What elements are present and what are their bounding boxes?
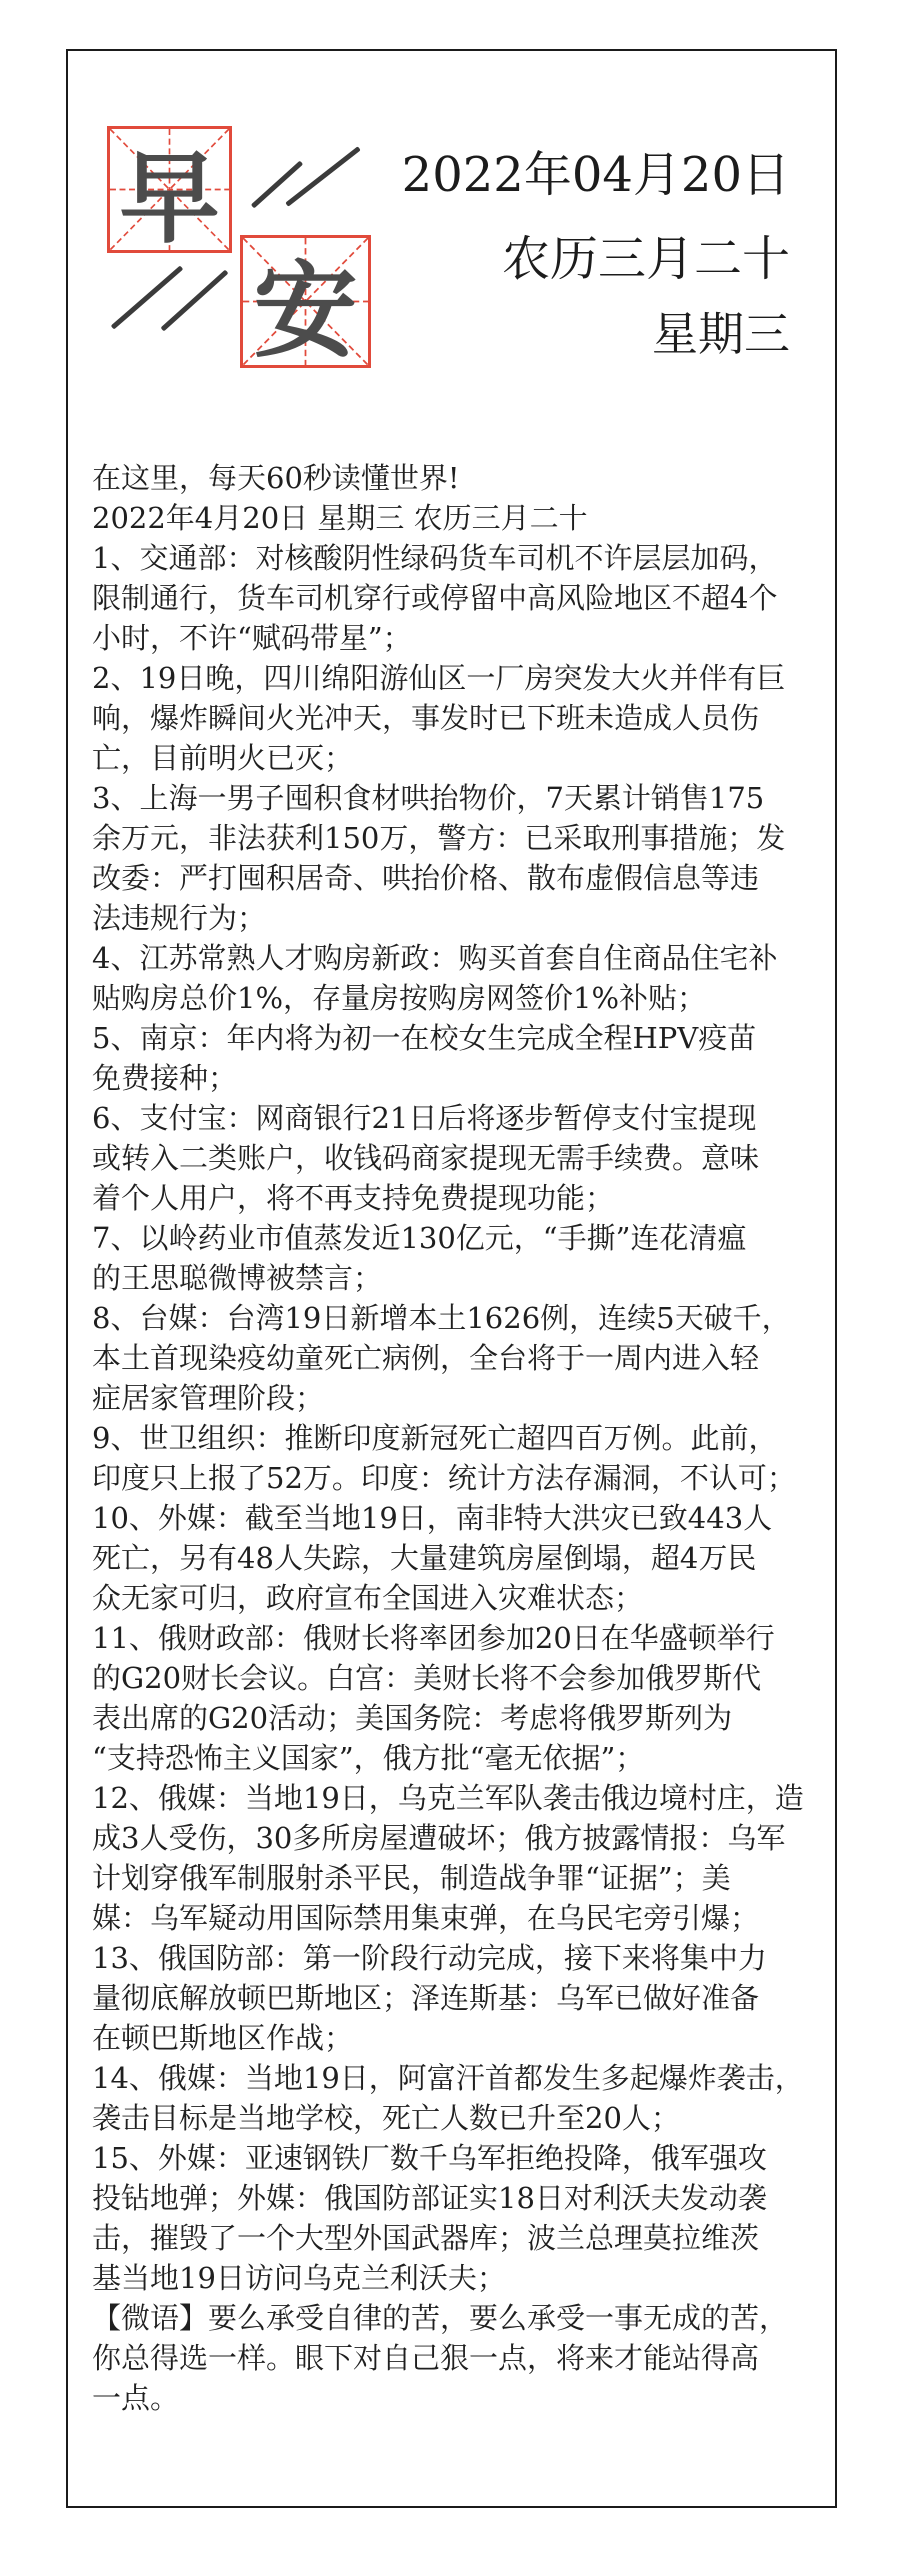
weiyu-line: 你总得选一样。眼下对自己狠一点，将来才能站得高 [92,2338,834,2378]
morning-news-card: 早 安 2022年04月20日 农历三月二十 星期三 在这里，每天60秒读懂世界… [0,0,900,2560]
news-line: 症居家管理阶段； [92,1378,834,1418]
news-line: 基当地19日访问乌克兰利沃夫； [92,2258,834,2298]
news-line: 媒：乌军疑动用国际禁用集束弹，在乌民宅旁引爆； [92,1898,834,1938]
news-line: 或转入二类账户，收钱码商家提现无需手续费。意味 [92,1138,834,1178]
date-line: 2022年4月20日 星期三 农历三月二十 [92,498,834,538]
news-line: “支持恐怖主义国家”，俄方批“毫无依据”； [92,1738,834,1778]
news-line: 众无家可归，政府宣布全国进入灾难状态； [92,1578,834,1618]
news-line: 成3人受伤，30多所房屋遭破坏；俄方披露情报：乌军 [92,1818,834,1858]
news-line: 15、外媒：亚速钢铁厂数千乌军拒绝投降，俄军强攻 [92,2138,834,2178]
news-line: 5、南京：年内将为初一在校女生完成全程HPV疫苗 [92,1018,834,1058]
weekday-text: 星期三 [652,298,790,364]
news-line: 的G20财长会议。白宫：美财长将不会参加俄罗斯代 [92,1658,834,1698]
news-body: 在这里，每天60秒读懂世界! 2022年4月20日 星期三 农历三月二十 1、交… [92,458,834,2418]
news-line: 死亡，另有48人失踪，大量建筑房屋倒塌，超4万民 [92,1538,834,1578]
news-line: 9、世卫组织：推断印度新冠死亡超四百万例。此前， [92,1418,834,1458]
news-line: 4、江苏常熟人才购房新政：购买首套自住商品住宅补 [92,938,834,978]
news-line: 8、台媒：台湾19日新增本土1626例，连续5天破千， [92,1298,834,1338]
news-line: 的王思聪微博被禁言； [92,1258,834,1298]
logo-char-zao: 早 [110,129,229,250]
intro-line: 在这里，每天60秒读懂世界! [92,458,834,498]
news-line: 印度只上报了52万。印度：统计方法存漏洞，不认可； [92,1458,834,1498]
news-line: 亡，目前明火已灭； [92,738,834,778]
news-line: 法违规行为； [92,898,834,938]
logo-grid-box-zao: 早 [107,126,232,253]
news-line: 11、俄财政部：俄财长将率团参加20日在华盛顿举行 [92,1618,834,1658]
news-line: 12、俄媒：当地19日，乌克兰军队袭击俄边境村庄，造 [92,1778,834,1818]
news-line: 本土首现染疫幼童死亡病例，全台将于一周内进入轻 [92,1338,834,1378]
news-line: 改委：严打囤积居奇、哄抬价格、散布虚假信息等违 [92,858,834,898]
news-line: 免费接种； [92,1058,834,1098]
logo-char-an: 安 [243,238,368,365]
news-line: 着个人用户，将不再支持免费提现功能； [92,1178,834,1218]
news-line: 贴购房总价1%，存量房按购房网签价1%补贴； [92,978,834,1018]
news-line: 限制通行，货车司机穿行或停留中高风险地区不超4个 [92,578,834,618]
weiyu-line: 【微语】要么承受自律的苦，要么承受一事无成的苦， [92,2298,834,2338]
logo-grid-box-an: 安 [240,235,371,368]
news-line: 表出席的G20活动；美国务院：考虑将俄罗斯列为 [92,1698,834,1738]
news-line: 1、交通部：对核酸阴性绿码货车司机不许层层加码， [92,538,834,578]
news-line: 7、以岭药业市值蒸发近130亿元，“手撕”连花清瘟 [92,1218,834,1258]
news-line: 10、外媒：截至当地19日，南非特大洪灾已致443人 [92,1498,834,1538]
lunar-date-text: 农历三月二十 [502,220,790,289]
news-line: 小时，不许“赋码带星”； [92,618,834,658]
news-line: 投钻地弹；外媒：俄国防部证实18日对利沃夫发动袭 [92,2178,834,2218]
news-line: 余万元，非法获利150万，警方：已采取刑事措施；发 [92,818,834,858]
news-line: 14、俄媒：当地19日，阿富汗首都发生多起爆炸袭击， [92,2058,834,2098]
news-line: 响，爆炸瞬间火光冲天，事发时已下班未造成人员伤 [92,698,834,738]
news-line: 在顿巴斯地区作战； [92,2018,834,2058]
news-line: 计划穿俄军制服射杀平民，制造战争罪“证据”；美 [92,1858,834,1898]
news-line: 13、俄国防部：第一阶段行动完成，接下来将集中力 [92,1938,834,1978]
news-line: 击，摧毁了一个大型外国武器库；波兰总理莫拉维茨 [92,2218,834,2258]
news-line: 6、支付宝：网商银行21日后将逐步暂停支付宝提现 [92,1098,834,1138]
weiyu-line: 一点。 [92,2378,834,2418]
news-line: 量彻底解放顿巴斯地区；泽连斯基：乌军已做好准备 [92,1978,834,2018]
news-line: 2、19日晚，四川绵阳游仙区一厂房突发大火并伴有巨 [92,658,834,698]
news-line: 袭击目标是当地学校，死亡人数已升至20人； [92,2098,834,2138]
date-text: 2022年04月20日 [402,136,790,205]
news-line: 3、上海一男子囤积食材哄抬物价，7天累计销售175 [92,778,834,818]
